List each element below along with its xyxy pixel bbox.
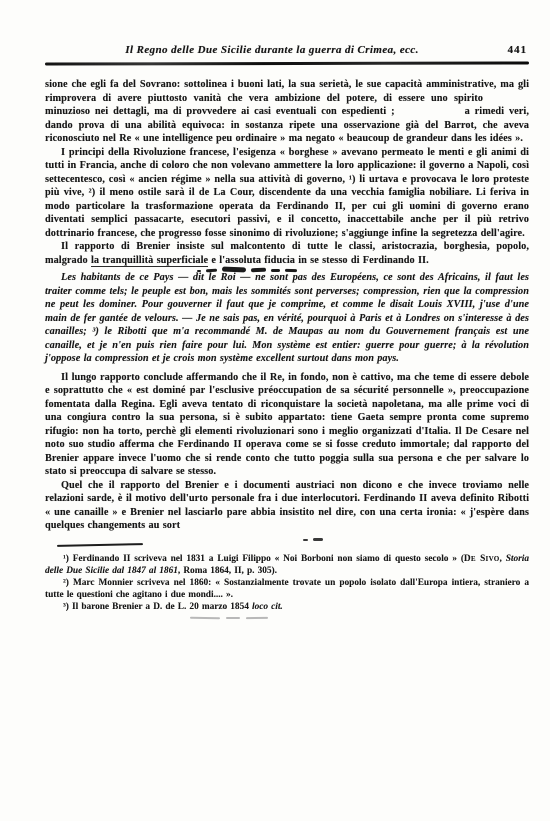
footnote-3-text: ³) Il barone Brenier a D. de L. 20 marzo… <box>63 602 252 612</box>
paragraph-3-text-post: e l'assoluta fiducia in se stesso di Fer… <box>208 255 429 266</box>
paragraph-6-text: Quel che il rapporto del Brenier e i doc… <box>45 480 529 532</box>
footnote-1: ¹) Ferdinando II scriveva nel 1831 a Lui… <box>45 553 529 577</box>
page-body: sione che egli fa del Sovrano: sottoline… <box>45 78 529 533</box>
paragraph-sardinian-relations: Quel che il rapporto del Brenier e i doc… <box>45 479 529 533</box>
footnote-3: ³) Il barone Brenier a D. de L. 20 marzo… <box>45 601 529 613</box>
footnote-1-text-pre: ¹) Ferdinando II scriveva nel 1831 a Lui… <box>63 554 464 564</box>
footnote-1-text-post: , Roma 1864, II, p. 305). <box>178 566 277 576</box>
header-rule <box>45 61 529 65</box>
footnote-3-loco-cit: loco cit. <box>252 602 283 612</box>
footnote-separator <box>57 543 143 547</box>
paragraph-1-text-b: minuzioso nei dettagli, ma di provvedere… <box>45 106 395 117</box>
underlined-phrase: la tranquillità superficiale <box>91 255 208 268</box>
footnote-1-author: De Sivo <box>464 554 500 564</box>
faint-scan-smear <box>190 617 529 619</box>
french-quote: Les habitants de ce Pays — dit le Roi — … <box>45 271 529 366</box>
paragraph-revolution-principles: I principi della Rivoluzione francese, l… <box>45 146 529 241</box>
running-header-title: Il Regno delle Due Sicilie durante la gu… <box>125 44 419 56</box>
running-header: Il Regno delle Due Sicilie durante la gu… <box>45 44 529 60</box>
scanned-book-page: Il Regno delle Due Sicilie durante la gu… <box>0 0 550 821</box>
paragraph-1-text-a: sione che egli fa del Sovrano: sottoline… <box>45 79 529 104</box>
page-number: 441 <box>508 44 528 56</box>
paragraph-brenier-report: Il rapporto di Brenier insiste sul malco… <box>45 240 529 267</box>
ink-smudge <box>303 538 323 540</box>
text-column: Il Regno delle Due Sicilie durante la gu… <box>45 44 529 619</box>
footnotes: ¹) Ferdinando II scriveva nel 1831 a Lui… <box>45 553 529 619</box>
paragraph-report-conclusion: Il lungo rapporto conclude affermando ch… <box>45 371 529 479</box>
footnote-2: ²) Marc Monnier scriveva nel 1860: « Sos… <box>45 577 529 601</box>
paragraph-continuation: sione che egli fa del Sovrano: sottoline… <box>45 78 529 146</box>
